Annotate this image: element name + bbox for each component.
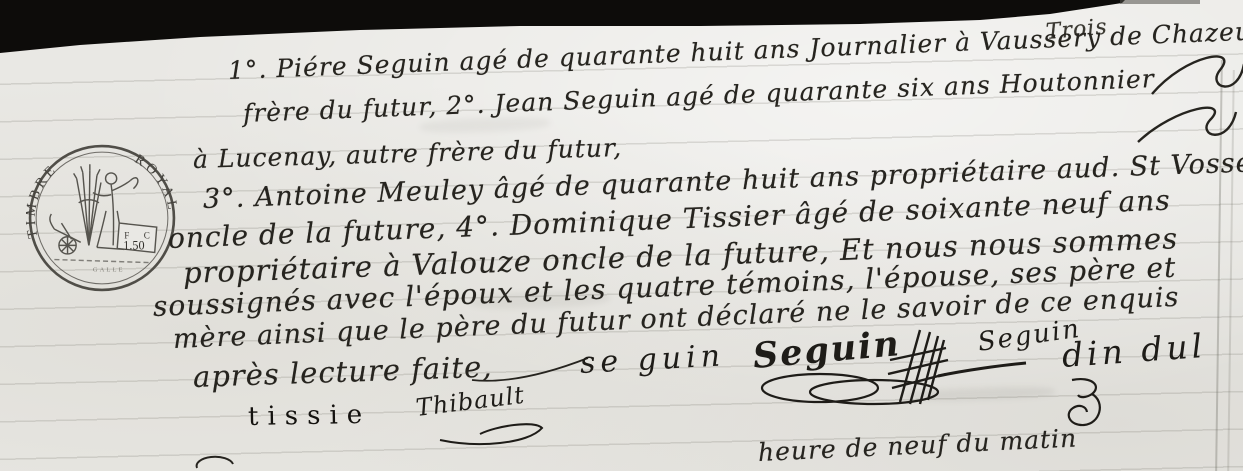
ink-bleed-smudge [905,385,1055,402]
scan-border-top-strip [1120,0,1200,4]
signature-thibault: Thibault [414,381,526,422]
scanned-document-page: TIMBRE ROYAL [0,0,1243,471]
timbre-royal-stamp: TIMBRE ROYAL [26,142,178,294]
signature-mark-scribble: din dul [1061,326,1208,375]
signature-seguin-shaky: se guin [579,338,726,381]
margin-line [1227,70,1235,471]
stamp-plaque: F C 1.50 [117,223,157,252]
stamp-arc-text-left: TIMBRE [26,161,61,240]
line-end-flourish [1136,92,1240,152]
bottom-cropped-initial [193,452,237,471]
svg-text:ROYAL: ROYAL [132,151,178,214]
stamp-inner-ring [36,152,168,284]
margin-line [1215,60,1223,471]
stamp-figure [50,164,150,262]
bottom-cropped-line: heure de neuf du matin [757,424,1077,467]
signature-seguin-large: Seguin [751,323,902,377]
line-end-flourish [1148,42,1243,104]
stamp-plaque-value: 1.50 [123,238,144,252]
svg-text:TIMBRE: TIMBRE [26,161,61,240]
signature-tissie: tissie [248,400,372,432]
stamp-outer-ring [30,146,174,290]
stamp-plaque-top: F C [124,230,156,240]
handwritten-line-3: à Lucenay, autre frère du futur, [193,133,623,174]
handwritten-line-9: après lecture faite, [192,350,493,394]
stamp-base-text: GALLE [93,267,125,274]
paraph-underline [936,360,1028,380]
stamp-arc-text-right: ROYAL [132,151,178,214]
signature-swoosh [436,416,548,448]
